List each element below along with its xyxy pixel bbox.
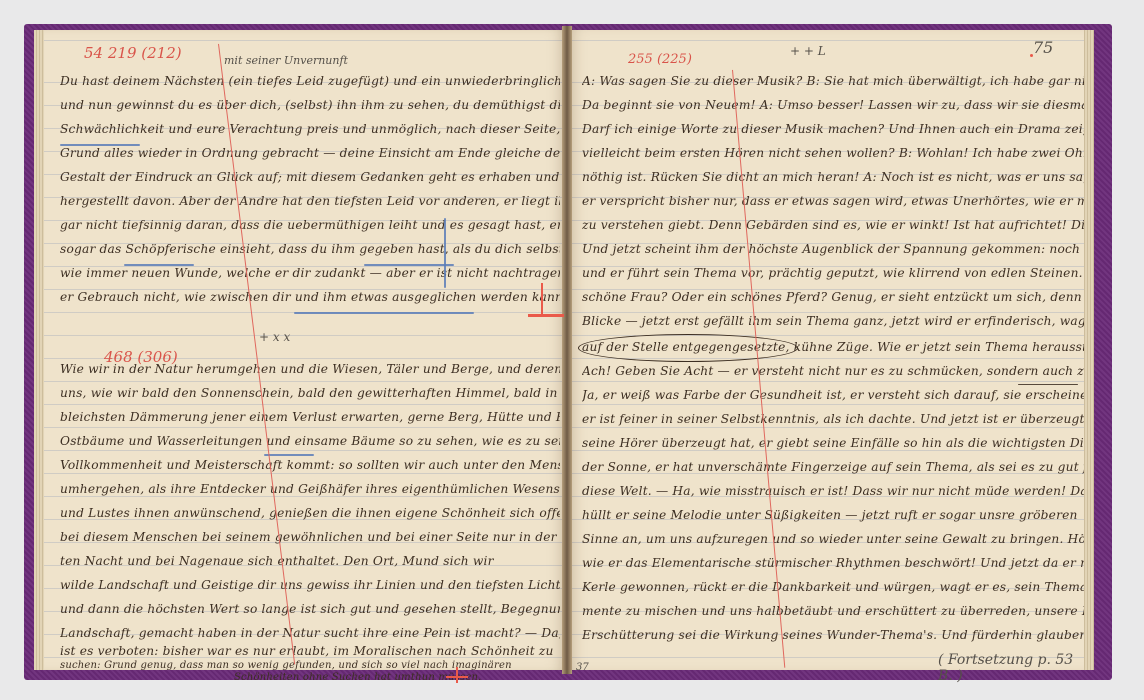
left-page: 54 219 (212) mit seiner Unvernunft 468 (… <box>34 30 566 670</box>
text-line: hergestellt davon. Aber der Andre hat de… <box>60 194 560 208</box>
text-line: diese Welt. — Ha, wie misstrauisch er is… <box>582 484 1087 498</box>
section-mark: + + L <box>790 44 826 58</box>
text-line: sogar das Schöpferische einsieht, dass d… <box>60 242 560 256</box>
text-line: bleichsten Dämmerung jener einem Verlust… <box>60 410 560 424</box>
text-line: und nun gewinnst du es über dich, (selbs… <box>60 98 560 112</box>
text-line: vielleicht beim ersten Hören nicht sehen… <box>582 146 1087 160</box>
bottom-page-number: 37 <box>576 662 589 673</box>
text-line: nöthig ist. Rücken Sie dicht an mich her… <box>582 170 1087 184</box>
page-number: 75 <box>1033 38 1053 57</box>
insertion-note: mit seiner Unvernunft <box>224 54 348 67</box>
text-line: wie immer neuen Wunde, welche er dir zud… <box>60 266 560 280</box>
section-mark: + x x <box>259 330 290 344</box>
text-line: zu verstehen giebt. Denn Gebärden sind e… <box>582 218 1087 232</box>
text-line: ist es verboten: bisher war es nur erlau… <box>60 644 560 658</box>
text-line: Da beginnt sie von Neuem! A: Umso besser… <box>582 98 1087 112</box>
blue-underline <box>294 312 474 314</box>
text-line: Und jetzt scheint ihm der höchste Augenb… <box>582 242 1087 256</box>
text-line: Du hast deinem Nächsten (ein tiefes Leid… <box>60 74 560 88</box>
blue-underline <box>60 144 140 146</box>
text-line: er ist feiner in seiner Selbstkenntnis, … <box>582 412 1087 426</box>
text-line: Schwächlichkeit und eure Verachtung prei… <box>60 122 560 136</box>
text-line: schöne Frau? Oder ein schönes Pferd? Gen… <box>582 290 1087 304</box>
text-line: wilde Landschaft und Geistige dir uns ge… <box>60 578 560 592</box>
red-cross-mark-bottom <box>456 667 458 683</box>
text-line: Landschaft, gemacht haben in der Natur s… <box>60 626 560 640</box>
blue-margin-mark <box>444 218 446 288</box>
text-line: Erschütterung sei die Wirkung seines Wun… <box>582 628 1087 642</box>
text-line: Ja, er weiß was Farbe der Gesundheit ist… <box>582 388 1087 402</box>
blue-underline <box>124 264 194 266</box>
text-line: umhergehen, als ihre Entdecker und Geißh… <box>60 482 560 496</box>
right-page: 75 255 (225) + + L A: Was sagen Sie zu d… <box>568 30 1092 670</box>
text-line: Kerle gewonnen, rückt er die Dankbarkeit… <box>582 580 1087 594</box>
red-page-reference-top: 54 219 (212) <box>84 44 182 62</box>
red-dot <box>1030 54 1033 57</box>
text-line: Darf ich einige Worte zu dieser Musik ma… <box>582 122 1087 136</box>
text-line: er verspricht bisher nur, dass er etwas … <box>582 194 1087 208</box>
red-cross-mark <box>528 314 564 317</box>
text-line: Vollkommenheit und Meisterschaft kommt: … <box>60 458 560 472</box>
text-line: ten Nacht und bei Nagenaue sich enthalte… <box>60 554 560 568</box>
red-cross-mark-bottom <box>446 676 468 678</box>
text-line: A: Was sagen Sie zu dieser Musik? B: Sie… <box>582 74 1087 88</box>
text-line: der Sonne, er hat unverschämte Fingerzei… <box>582 460 1087 474</box>
right-page-edges <box>1084 30 1094 670</box>
text-line: wie er das Elementarische stürmischer Rh… <box>582 556 1087 570</box>
red-page-reference-top: 255 (225) <box>628 52 692 67</box>
left-page-edges <box>34 30 44 670</box>
text-line: suchen: Grund genug, dass man so wenig g… <box>60 660 560 671</box>
book-gutter <box>562 26 572 674</box>
text-line: Wie wir in der Natur herumgehen und die … <box>60 362 560 376</box>
text-line: Ach! Geben Sie Acht — er versteht nicht … <box>582 364 1087 378</box>
text-line: hüllt er seine Melodie unter Süßigkeiten… <box>582 508 1087 522</box>
text-line: Grund alles wieder in Ordnung gebracht —… <box>60 146 560 160</box>
text-line: mente zu mischen und uns halbbetäubt und… <box>582 604 1087 618</box>
text-line: Ostbäume und Wasserleitungen und einsame… <box>60 434 560 448</box>
red-cross-mark <box>541 283 543 317</box>
text-line: Blicke — jetzt erst gefällt ihm sein The… <box>582 314 1087 328</box>
circled-phrase <box>578 334 798 362</box>
text-line: Sinne an, um uns aufzuregen und so wiede… <box>582 532 1087 546</box>
continuation-note: ( Fortsetzung p. 53 B. ) <box>938 652 1092 684</box>
text-line: und Lustes ihnen anwünschend, genießen d… <box>60 506 560 520</box>
text-line: Schönheiten ohne Suchen hat umthun müsse… <box>234 672 534 683</box>
ink-underline <box>1018 384 1078 385</box>
text-line: uns, wie wir bald den Sonnenschein, bald… <box>60 386 560 400</box>
blue-underline <box>364 264 454 266</box>
blue-underline <box>264 454 314 456</box>
text-line: und er führt sein Thema vor, prächtig ge… <box>582 266 1087 280</box>
text-line: seine Hörer überzeugt hat, er giebt sein… <box>582 436 1087 450</box>
text-line: bei diesem Menschen bei seinem gewöhnlic… <box>60 530 560 544</box>
text-line: und dann die höchsten Wert so lange ist … <box>60 602 560 616</box>
text-line: er Gebrauch nicht, wie zwischen dir und … <box>60 290 560 304</box>
text-line: gar nicht tiefsinnig daran, dass die ueb… <box>60 218 560 232</box>
text-line: Gestalt der Eindruck an Glück auf; mit d… <box>60 170 560 184</box>
